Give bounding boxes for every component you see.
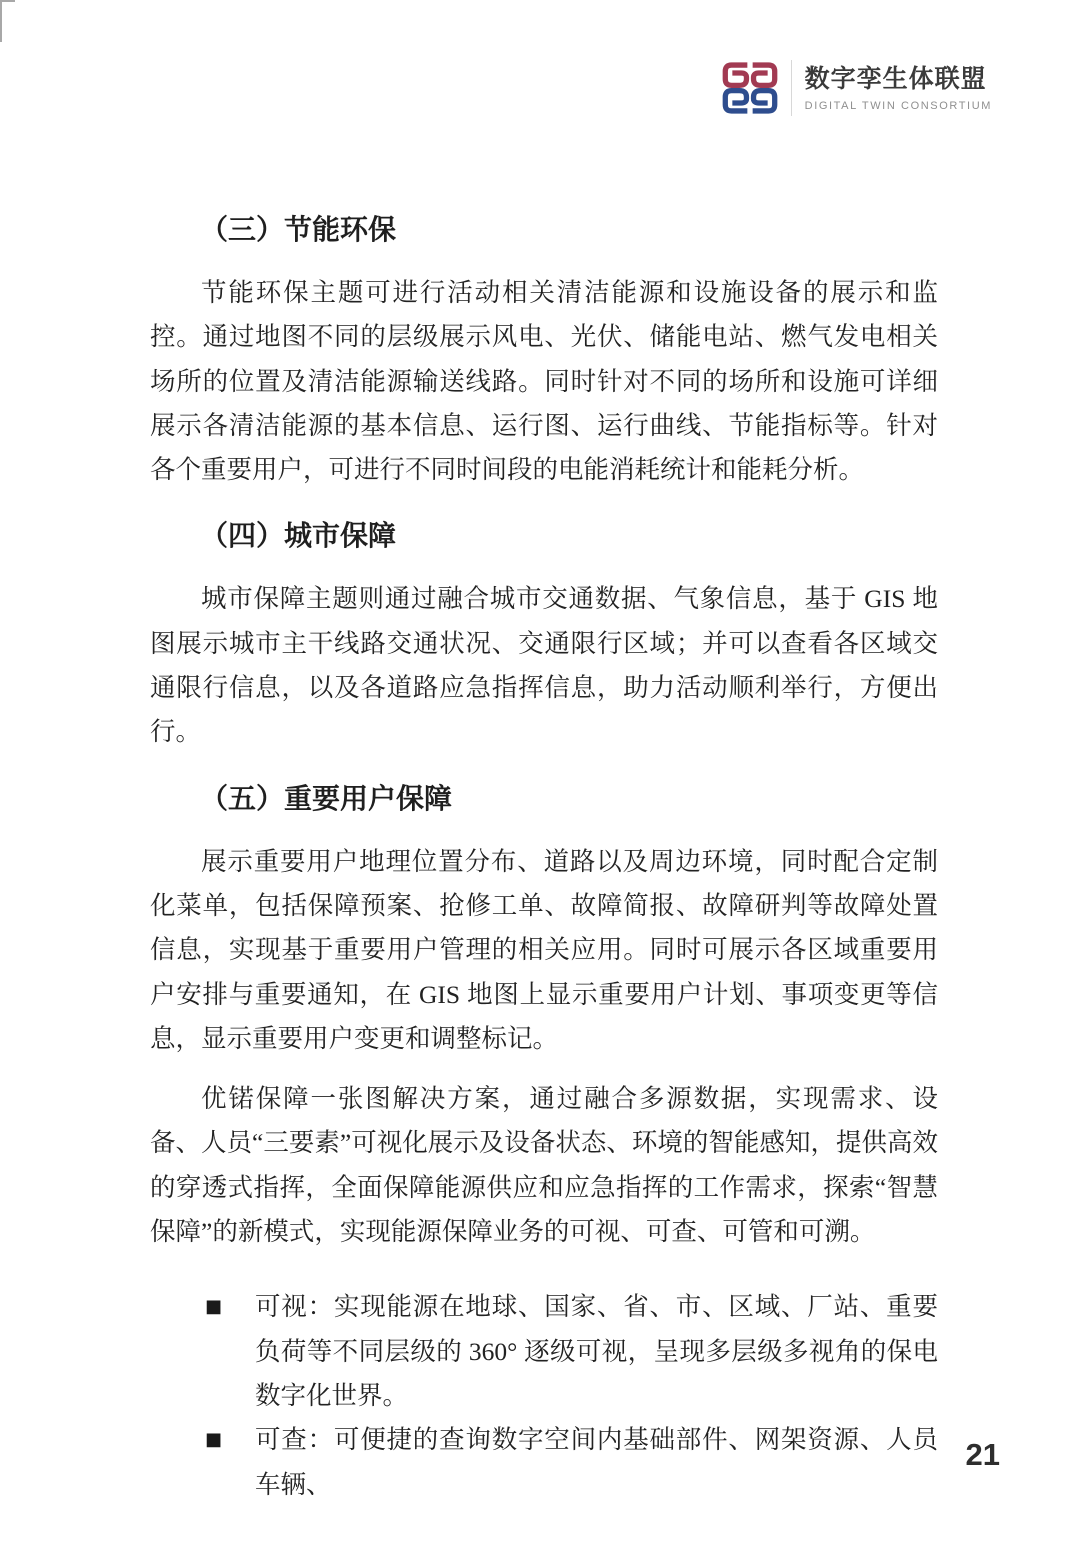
paragraph-key-users-2: 优锘保障一张图解决方案，通过融合多源数据，实现需求、设备、人员“三要素”可视化展… bbox=[150, 1077, 938, 1254]
logo-title: 数字孪生体联盟 bbox=[805, 64, 992, 94]
section-heading-energy-saving: （三）节能环保 bbox=[150, 212, 938, 248]
dtc-logo: 数字孪生体联盟 DIGITAL TWIN CONSORTIUM bbox=[720, 55, 992, 121]
bullet-square-icon: ■ bbox=[205, 1418, 222, 1462]
bullet-list: ■ 可视：实现能源在地球、国家、省、市、区域、厂站、重要负荷等不同层级的 360… bbox=[150, 1285, 938, 1506]
paragraph-city-support: 城市保障主题则通过融合城市交通数据、气象信息，基于 GIS 地图展示城市主干线路… bbox=[150, 577, 938, 754]
page-number: 21 bbox=[966, 1437, 1000, 1473]
section-heading-key-users: （五）重要用户保障 bbox=[150, 781, 938, 817]
dtc-logo-icon bbox=[720, 59, 780, 117]
logo-divider bbox=[791, 60, 792, 116]
logo-subtitle: DIGITAL TWIN CONSORTIUM bbox=[805, 99, 992, 113]
logo-text: 数字孪生体联盟 DIGITAL TWIN CONSORTIUM bbox=[805, 64, 992, 113]
bullet-square-icon: ■ bbox=[205, 1285, 222, 1329]
paragraph-key-users-1: 展示重要用户地理位置分布、道路以及周边环境，同时配合定制化菜单，包括保障预案、抢… bbox=[150, 840, 938, 1061]
bullet-text: 可查：可便捷的查询数字空间内基础部件、网架资源、人员车辆、 bbox=[255, 1425, 938, 1498]
bullet-text: 可视：实现能源在地球、国家、省、市、区域、厂站、重要负荷等不同层级的 360° … bbox=[255, 1292, 938, 1410]
scan-corner-mark bbox=[0, 0, 15, 42]
bullet-item-queryable: ■ 可查：可便捷的查询数字空间内基础部件、网架资源、人员车辆、 bbox=[150, 1418, 938, 1507]
document-body: （三）节能环保 节能环保主题可进行活动相关清洁能源和设施设备的展示和监控。通过地… bbox=[0, 212, 1080, 1507]
page-header: 数字孪生体联盟 DIGITAL TWIN CONSORTIUM bbox=[0, 0, 1080, 121]
paragraph-energy-saving: 节能环保主题可进行活动相关清洁能源和设施设备的展示和监控。通过地图不同的层级展示… bbox=[150, 271, 938, 492]
bullet-item-visible: ■ 可视：实现能源在地球、国家、省、市、区域、厂站、重要负荷等不同层级的 360… bbox=[150, 1285, 938, 1418]
section-heading-city-support: （四）城市保障 bbox=[150, 518, 938, 554]
